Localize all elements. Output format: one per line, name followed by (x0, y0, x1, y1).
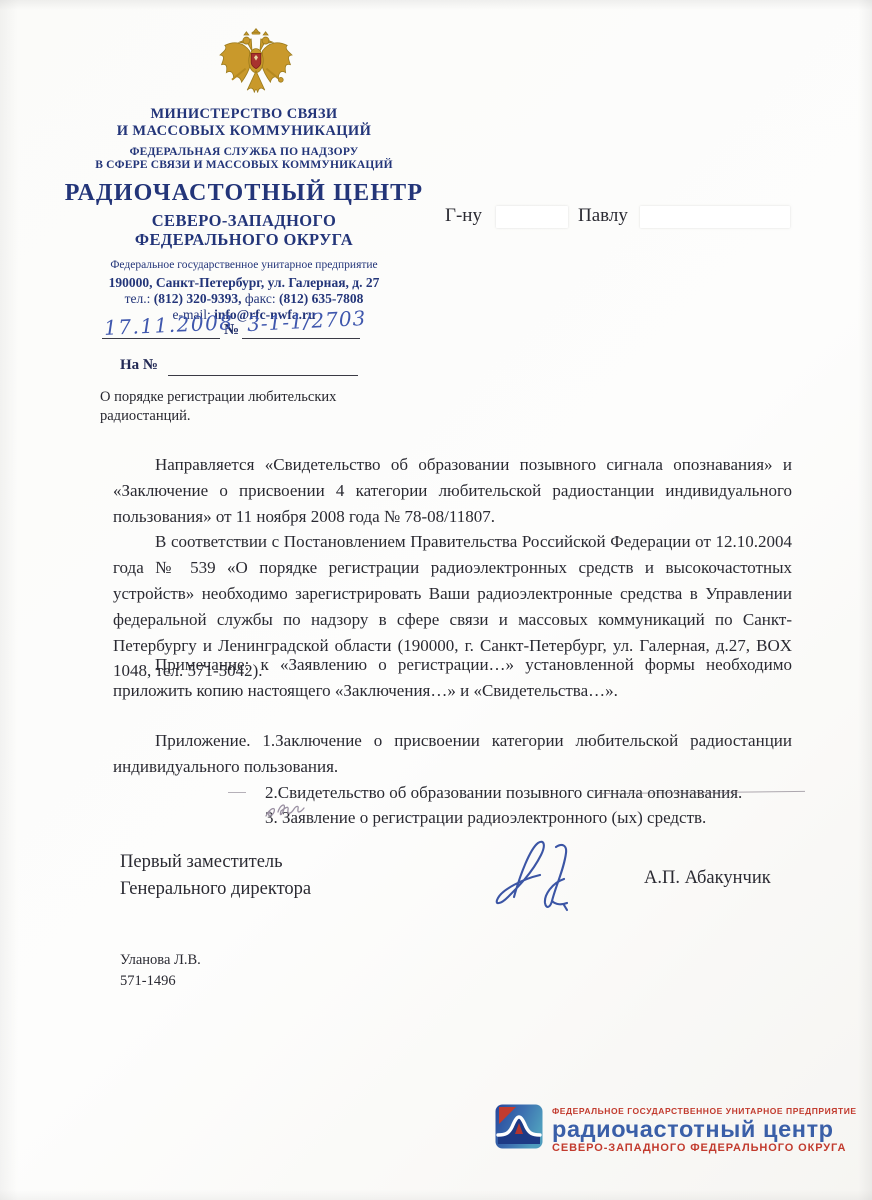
attachment-item-3: 3. Заявление о регистрации радиоэлектрон… (265, 805, 792, 831)
org-phone-fax: тел.: (812) 320-9393, факс: (812) 635-78… (62, 291, 426, 307)
ministry-line1: МИНИСТЕРСТВО СВЯЗИ (62, 106, 426, 123)
pencil-dash-mark (228, 792, 246, 793)
org-type: Федеральное государственное унитарное пр… (62, 259, 426, 271)
fax-label: факс: (245, 291, 276, 306)
attachment-intro: Приложение. 1.Заключение о присвоении ка… (113, 728, 792, 780)
footer-logo: ФЕДЕРАЛЬНОЕ ГОСУДАРСТВЕННОЕ УНИТАРНОЕ ПР… (495, 1104, 857, 1154)
recipient-salutation: Г-ну (445, 205, 482, 226)
signature-scribble (468, 835, 588, 920)
footer-logo-line3: СЕВЕРО-ЗАПАДНОГО ФЕДЕРАЛЬНОГО ОКРУГА (552, 1142, 857, 1154)
org-region-line2: ФЕДЕРАЛЬНОГО ОКРУГА (62, 230, 426, 249)
coat-of-arms-eagle-icon (216, 26, 296, 108)
footer-logo-line1: ФЕДЕРАЛЬНОЕ ГОСУДАРСТВЕННОЕ УНИТАРНОЕ ПР… (552, 1106, 857, 1116)
reply-to-underline (168, 375, 358, 376)
scanned-letter-page: МИНИСТЕРСТВО СВЯЗИ И МАССОВЫХ КОММУНИКАЦ… (0, 0, 872, 1200)
paragraph-1: Направляется «Свидетельство об образован… (113, 452, 792, 529)
service-line2: В СФЕРЕ СВЯЗИ И МАССОВЫХ КОММУНИКАЦИЙ (62, 159, 426, 172)
signer-title: Первый заместитель Генерального директор… (120, 849, 311, 903)
letterhead: МИНИСТЕРСТВО СВЯЗИ И МАССОВЫХ КОММУНИКАЦ… (62, 106, 426, 323)
recipient-line: Г-нуПавлу (445, 205, 795, 228)
service-line1: ФЕДЕРАЛЬНАЯ СЛУЖБА ПО НАДЗОРУ (62, 146, 426, 159)
footer-logo-line2: радиочастотный центр (552, 1117, 857, 1141)
ministry-line2: И МАССОВЫХ КОММУНИКАЦИЙ (62, 123, 426, 140)
handwritten-outgoing-number: 3-1-1/2703 (246, 306, 366, 336)
signer-name: А.П. Абакунчик (644, 868, 771, 889)
rfc-logo-icon (495, 1104, 543, 1149)
phone-label: тел.: (125, 291, 151, 306)
signer-title-line2: Генерального директора (120, 876, 311, 903)
note-text: Примечание: к «Заявлению о регистрации…»… (113, 652, 792, 704)
executor-name: Уланова Л.В. (120, 950, 201, 971)
redacted-surname-box (496, 206, 568, 228)
org-region-line1: СЕВЕРО-ЗАПАДНОГО (62, 211, 426, 230)
reference-number-line: № (100, 338, 370, 340)
redacted-patronymic-box (640, 206, 790, 228)
phone-number: (812) 320-9393, (154, 291, 242, 306)
letter-subject: О порядке регистрации любительских радио… (100, 388, 410, 426)
org-name: РАДИОЧАСТОТНЫЙ ЦЕНТР (62, 180, 426, 207)
executor-block: Уланова Л.В. 571-1496 (120, 950, 201, 992)
signer-title-line1: Первый заместитель (120, 849, 311, 876)
number-underline (242, 338, 360, 339)
reply-to-label: На № (120, 357, 158, 374)
note-paragraph: Примечание: к «Заявлению о регистрации…»… (113, 652, 792, 704)
body-paragraphs: Направляется «Свидетельство об образован… (113, 452, 792, 684)
pencil-scribble (262, 800, 322, 824)
attachments-block: Приложение. 1.Заключение о присвоении ка… (113, 728, 792, 831)
handwritten-date: 17.11.2008 (104, 310, 234, 340)
executor-phone: 571-1496 (120, 971, 201, 992)
org-address: 190000, Санкт-Петербург, ул. Галерная, д… (62, 275, 426, 291)
recipient-first-name: Павлу (578, 205, 628, 226)
fax-number: (812) 635-7808 (279, 291, 363, 306)
